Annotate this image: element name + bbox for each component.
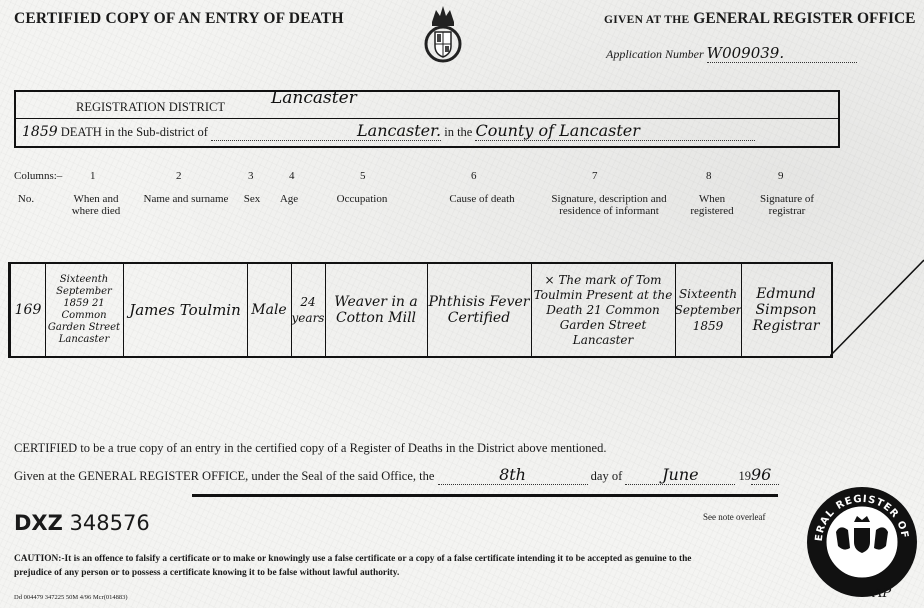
entry-number: 169	[11, 264, 46, 356]
given-day: 8th	[438, 465, 588, 485]
entry-sex: Male	[247, 264, 292, 356]
entry-cause: Phthisis Fever Certified	[427, 264, 532, 356]
subdistrict-line: 1859 DEATH in the Sub-district of Lancas…	[22, 121, 755, 141]
print-code: Dd 004479 347225 50M 4/96 Mcr(014883)	[14, 594, 128, 601]
application-number-field: W009039.	[707, 44, 857, 63]
entry-name: James Toulmin	[123, 264, 248, 356]
death-entry-row: 169 Sixteenth September 1859 21 Common G…	[8, 262, 833, 358]
divider-rule	[192, 494, 778, 497]
county-value: County of Lancaster	[475, 121, 755, 141]
certification-statement: CERTIFIED to be a true copy of an entry …	[14, 441, 606, 456]
entry-when-where: Sixteenth September 1859 21 Common Garde…	[45, 264, 124, 356]
entry-occupation: Weaver in a Cotton Mill	[325, 264, 428, 356]
general-register-office-seal-icon: GENERAL REGISTER OFFICE ENGLAND	[806, 486, 918, 598]
application-number-line: Application Number W009039.	[606, 44, 857, 63]
death-year: 1859	[22, 124, 58, 140]
caution-notice: CAUTION:-It is an offence to falsify a c…	[14, 552, 714, 580]
column-headers: No. When and where died Name and surname…	[14, 193, 914, 223]
given-at-line: Given at the GENERAL REGISTER OFFICE, un…	[14, 465, 779, 485]
see-note-overleaf: See note overleaf	[703, 512, 765, 522]
given-at-office: GIVEN AT THE GENERAL REGISTER OFFICE	[604, 10, 916, 28]
entry-age: 24 years	[291, 264, 326, 356]
entry-informant: × The mark of Tom Toulmin Present at the…	[531, 264, 676, 356]
certificate-title: CERTIFIED COPY OF AN ENTRY OF DEATH	[14, 10, 344, 28]
royal-crest-icon	[418, 2, 468, 64]
subdistrict-value: Lancaster.	[211, 121, 441, 141]
given-year: 96	[751, 465, 779, 485]
certificate-serial: DXZ 348576	[14, 511, 150, 535]
given-month: June	[625, 465, 735, 485]
registration-box: REGISTRATION DISTRICT Lancaster 1859 DEA…	[14, 90, 840, 148]
registration-district-value: Lancaster	[271, 88, 357, 108]
entry-when-registered: Sixteenth September 1859	[675, 264, 742, 356]
entry-registrar: Edmund Simpson Registrar	[741, 264, 833, 356]
registration-district-label: REGISTRATION DISTRICT	[76, 100, 225, 115]
cancellation-stroke	[830, 250, 924, 360]
clerk-initials: AP	[873, 586, 891, 601]
